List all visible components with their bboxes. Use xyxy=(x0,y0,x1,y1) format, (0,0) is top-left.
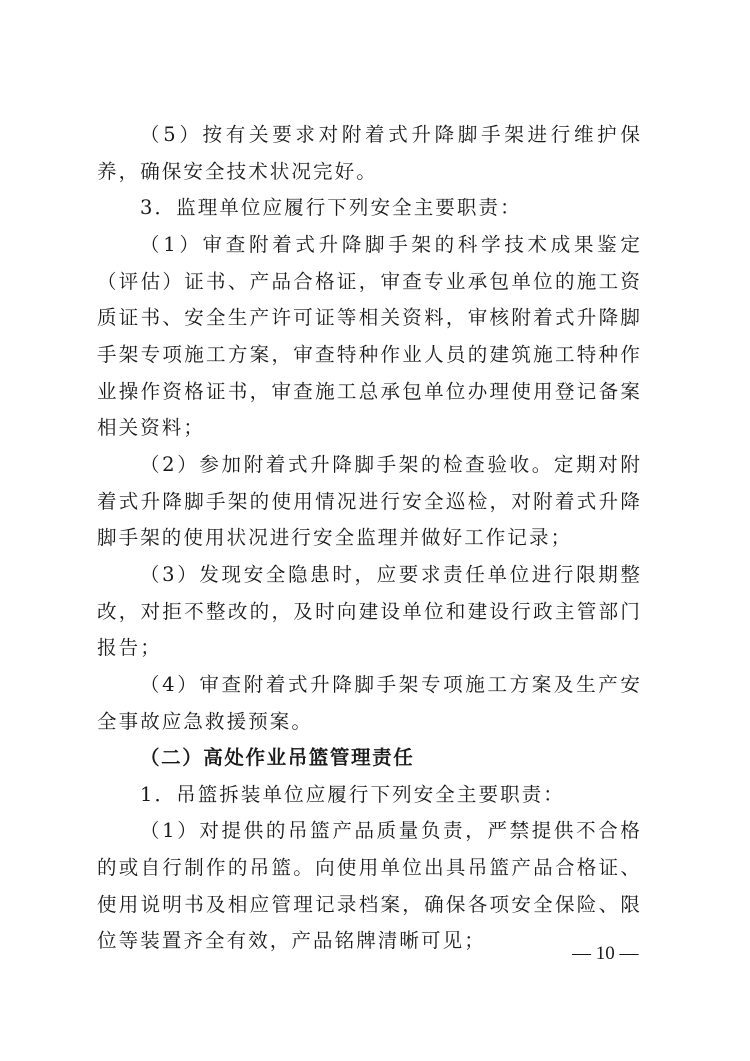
paragraph-section-3-supervision-duties: 3．监理单位应履行下列安全主要职责： xyxy=(97,190,642,227)
paragraph-item-1-review-certificates: （1）审查附着式升降脚手架的科学技术成果鉴定（评估）证书、产品合格证，审查专业承… xyxy=(97,227,642,447)
section-heading-gondola-management: （二）高处作业吊篮管理责任 xyxy=(97,740,642,777)
document-page: （5）按有关要求对附着式升降脚手架进行维护保养，确保安全技术状况完好。 3．监理… xyxy=(0,0,750,1061)
paragraph-section-1-installer-duties: 1．吊篮拆装单位应履行下列安全主要职责： xyxy=(97,777,642,814)
paragraph-item-4-review-plan: （4）审查附着式升降脚手架专项施工方案及生产安全事故应急救援预案。 xyxy=(97,667,642,740)
paragraph-item-3-hazards: （3）发现安全隐患时，应要求责任单位进行限期整改，对拒不整改的，及时向建设单位和… xyxy=(97,557,642,667)
page-number: — 10 — xyxy=(572,943,639,965)
paragraph-item-1-product-quality: （1）对提供的吊篮产品质量负责，严禁提供不合格的或自行制作的吊篮。向使用单位出具… xyxy=(97,813,642,960)
paragraph-item-2-inspection: （2）参加附着式升降脚手架的检查验收。定期对附着式升降脚手架的使用情况进行安全巡… xyxy=(97,447,642,557)
paragraph-item-5-maintenance: （5）按有关要求对附着式升降脚手架进行维护保养，确保安全技术状况完好。 xyxy=(97,117,642,190)
body-text: （5）按有关要求对附着式升降脚手架进行维护保养，确保安全技术状况完好。 3．监理… xyxy=(97,117,642,960)
